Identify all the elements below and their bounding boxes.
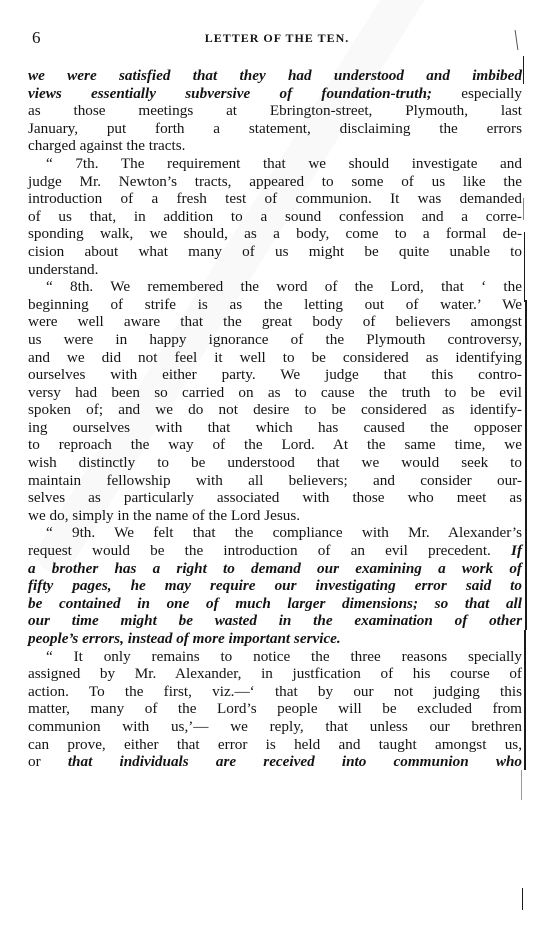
binding-edge-line [525, 300, 527, 630]
text-span: can prove, either that error is held and… [28, 736, 522, 753]
text-line: were well aware that the great body of b… [28, 313, 522, 331]
binding-edge-line [523, 198, 524, 220]
text-span: assigned by Mr. Alexander, in justficati… [28, 665, 522, 682]
text-line: selves as particularly associated with t… [28, 489, 522, 507]
text-span: were well aware that the great body of b… [28, 313, 522, 330]
text-line: communion with us,’— we reply, that unle… [28, 718, 522, 736]
text-line: ing ourselves with that which has caused… [28, 419, 522, 437]
italic-text: a brother has a right to demand our exam… [28, 560, 522, 577]
text-span: “ 7th. The requirement that we should in… [46, 155, 522, 172]
text-line: of us that, in addition to a sound confe… [28, 208, 522, 226]
text-line: judge Mr. Newton’s tracts, appeared to s… [28, 173, 522, 191]
text-line: fifty pages, he may require our investig… [28, 577, 522, 595]
text-span: versy had been so carried on as to cause… [28, 384, 522, 401]
text-span: introduction of a fresh test of communio… [28, 190, 522, 207]
text-line: views essentially subversive of foundati… [28, 85, 522, 103]
text-span: wish distinctly to be understood that we… [28, 454, 522, 471]
text-line: “ 8th. We remembered the word of the Lor… [28, 278, 522, 296]
text-line: January, put forth a statement, disclaim… [28, 120, 522, 138]
running-head: LETTER OF THE TEN. [30, 31, 524, 46]
text-line: matter, many of the Lord’s people will b… [28, 700, 522, 718]
binding-edge-line [523, 56, 524, 84]
text-span: charged against the tracts. [28, 137, 185, 154]
body-text: we were satisfied that they had understo… [28, 67, 522, 771]
text-line: beginning of strife is as the letting ou… [28, 296, 522, 314]
text-line: request would be the introduction of an … [28, 542, 522, 560]
text-span: “ 9th. We felt that the compliance with … [46, 524, 522, 541]
text-span: ing ourselves with that which has caused… [28, 419, 522, 436]
text-span: “ It only remains to notice the three re… [46, 648, 522, 665]
text-line: can prove, either that error is held and… [28, 736, 522, 754]
text-span: judge Mr. Newton’s tracts, appeared to s… [28, 173, 522, 190]
text-line: and we did not feel it well to be consid… [28, 349, 522, 367]
scanned-book-page: 6 LETTER OF THE TEN. we were satisfied t… [0, 0, 550, 940]
italic-text: people’s errors, instead of more importa… [28, 630, 341, 647]
text-span: “ 8th. We remembered the word of the Lor… [46, 278, 522, 295]
text-line: “ 7th. The requirement that we should in… [28, 155, 522, 173]
text-line: wish distinctly to be understood that we… [28, 454, 522, 472]
text-span: of us that, in addition to a sound confe… [28, 208, 522, 225]
text-line: “ It only remains to notice the three re… [28, 648, 522, 666]
italic-text: that individuals are received into commu… [68, 753, 522, 770]
text-line: action. To the first, viz.—‘ that by our… [28, 683, 522, 701]
text-span: ourselves with either party. We judge th… [28, 366, 522, 383]
page-header: 6 LETTER OF THE TEN. [30, 28, 524, 48]
text-line: understand. [28, 261, 522, 279]
text-span: and we did not feel it well to be consid… [28, 349, 522, 366]
italic-text: views essentially subversive of foundati… [28, 85, 432, 102]
italic-text: we were satisfied that they had understo… [28, 67, 522, 84]
binding-edge-line [524, 630, 526, 770]
text-line: our time might be wasted in the examinat… [28, 612, 522, 630]
text-span: especially [432, 85, 522, 102]
binding-edge-line [521, 770, 522, 800]
text-span: sponding walk, we should, as a body, com… [28, 225, 522, 242]
text-line: a brother has a right to demand our exam… [28, 560, 522, 578]
italic-text: be contained in one of much larger dimen… [28, 595, 522, 612]
text-line: to reproach the way of the Lord. At the … [28, 436, 522, 454]
text-span: we do, simply in the name of the Lord Je… [28, 507, 300, 524]
text-line: charged against the tracts. [28, 137, 522, 155]
text-line: or that individuals are received into co… [28, 753, 522, 771]
text-line: maintain fellowship with all believers; … [28, 472, 522, 490]
text-line: spoken of; and we do not desire to be co… [28, 401, 522, 419]
text-span: maintain fellowship with all believers; … [28, 472, 522, 489]
text-span: or [28, 753, 68, 770]
text-line: people’s errors, instead of more importa… [28, 630, 522, 648]
text-line: “ 9th. We felt that the compliance with … [28, 524, 522, 542]
italic-text: fifty pages, he may require our investig… [28, 577, 522, 594]
text-line: us were in happy ignorance of the Plymou… [28, 331, 522, 349]
text-span: selves as particularly associated with t… [28, 489, 522, 506]
text-line: as those meetings at Ebrington-street, P… [28, 102, 522, 120]
text-span: January, put forth a statement, disclaim… [28, 120, 522, 137]
text-span: beginning of strife is as the letting ou… [28, 296, 522, 313]
text-span: spoken of; and we do not desire to be co… [28, 401, 522, 418]
text-span: request would be the introduction of an … [28, 542, 511, 559]
text-span: cision about what many of us might be qu… [28, 243, 522, 260]
text-span: us were in happy ignorance of the Plymou… [28, 331, 522, 348]
text-line: cision about what many of us might be qu… [28, 243, 522, 261]
text-line: introduction of a fresh test of communio… [28, 190, 522, 208]
italic-text: If [511, 542, 522, 559]
text-line: we do, simply in the name of the Lord Je… [28, 507, 522, 525]
text-line: ourselves with either party. We judge th… [28, 366, 522, 384]
text-line: versy had been so carried on as to cause… [28, 384, 522, 402]
text-span: to reproach the way of the Lord. At the … [28, 436, 522, 453]
text-span: action. To the first, viz.—‘ that by our… [28, 683, 522, 700]
text-line: sponding walk, we should, as a body, com… [28, 225, 522, 243]
binding-edge-line [524, 232, 525, 302]
text-span: matter, many of the Lord’s people will b… [28, 700, 522, 717]
text-span: understand. [28, 261, 98, 278]
text-line: assigned by Mr. Alexander, in justficati… [28, 665, 522, 683]
text-span: communion with us,’— we reply, that unle… [28, 718, 522, 735]
text-line: be contained in one of much larger dimen… [28, 595, 522, 613]
binding-edge-line [522, 888, 523, 910]
text-span: as those meetings at Ebrington-street, P… [28, 102, 522, 119]
text-line: we were satisfied that they had understo… [28, 67, 522, 85]
italic-text: our time might be wasted in the examinat… [28, 612, 522, 629]
